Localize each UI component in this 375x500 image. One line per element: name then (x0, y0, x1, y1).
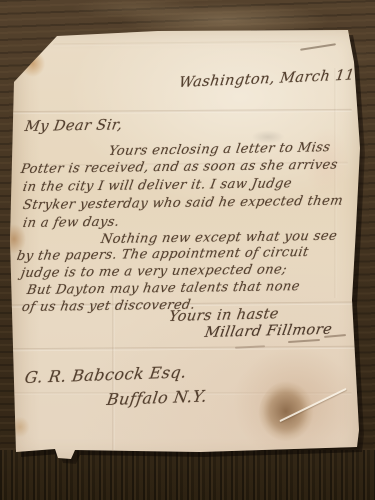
letter-body-line: Nothing new except what you see (100, 230, 338, 246)
stain-bottom-left (8, 414, 32, 440)
letter-paper: Washington, March 11. 1838. My Dear Sir,… (8, 28, 360, 460)
crease-below-date (12, 109, 352, 114)
letter-body-line: judge is to me a very unexpected one; (20, 263, 288, 280)
letter-salutation: My Dear Sir, (24, 118, 124, 134)
letter-body-line: Stryker yesterday who said he expected t… (22, 195, 344, 212)
letter-address-city: Buffalo N.Y. (106, 389, 209, 408)
letter-body-line: Yours enclosing a letter to Miss (108, 141, 331, 158)
letter-body-line: But Dayton may have talents that none (26, 280, 301, 297)
stain-top-left (20, 50, 48, 80)
letter-body-line: by the papers. The appointment of circui… (16, 246, 310, 263)
wood-table-surface (0, 450, 375, 500)
tear-top-right (300, 43, 336, 50)
letter-dateline: Washington, March 11. 1838. (178, 66, 375, 90)
letter-body-line: in the city I will deliver it. I saw Jud… (22, 177, 293, 194)
crease-top-edge (53, 41, 321, 47)
letter-body-line: Potter is received, and as soon as she a… (20, 159, 339, 176)
photo-of-letter: Washington, March 11. 1838. My Dear Sir,… (0, 0, 375, 500)
letter-address-recipient: G. R. Babcock Esq. (24, 364, 188, 386)
flourish-dash-1 (288, 339, 320, 343)
letter-signature: Millard Fillmore (204, 323, 334, 341)
letter-closing: Yours in haste (168, 307, 280, 324)
letter-body-line: in a few days. (22, 216, 120, 230)
